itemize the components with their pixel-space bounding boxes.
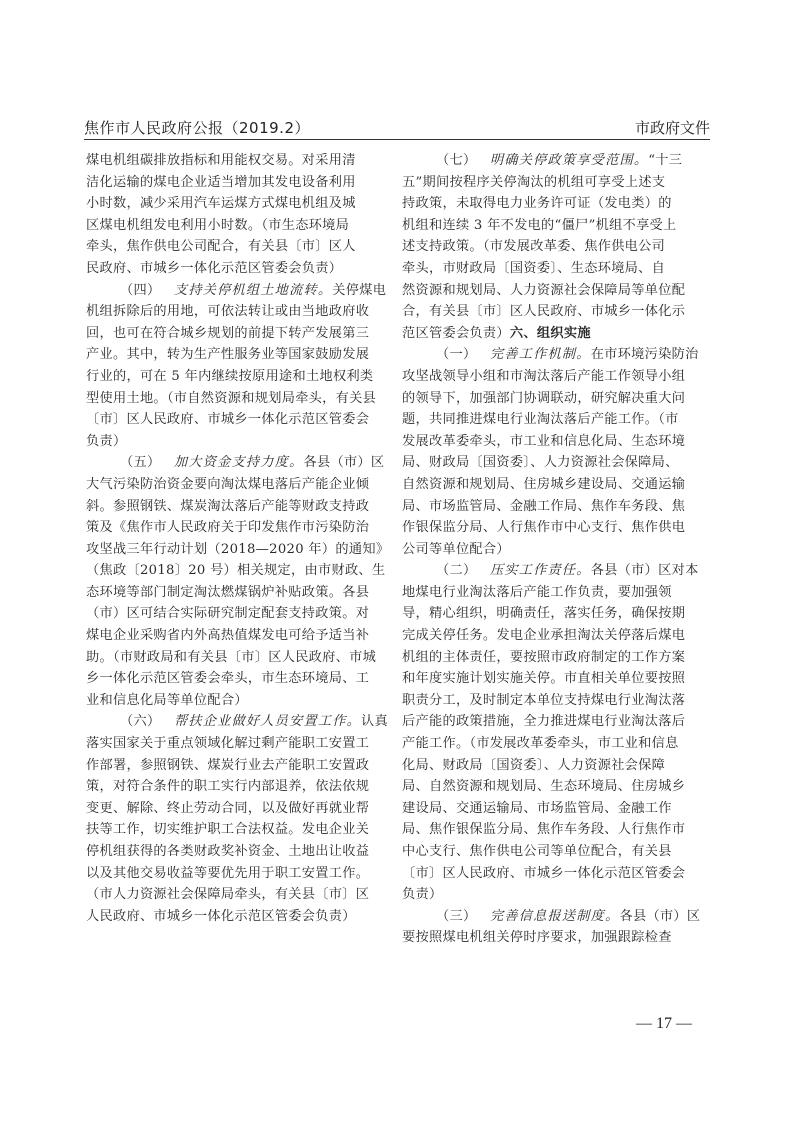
body-text: 煤电企业采购省内外高热值煤发电可给予适当补 [86, 628, 369, 643]
body-text: 建设局、交通运输局、市场监管局、金融工作 [402, 801, 672, 816]
body-text: 区煤电机组发电利用小时数。（市生态环境局 [86, 218, 349, 233]
body-text: 民政府、市城乡一体化示范区管委会负责） [86, 261, 342, 276]
text-line: 后产能的政策措施，全力推进煤电行业淘汰落后 [402, 711, 708, 733]
body-text: 然资源和规划局、人力资源社会保障局等单位配 [402, 283, 685, 298]
body-text: 后产能的政策措施，全力推进煤电行业淘汰落后 [402, 714, 685, 729]
body-text: “十三 [648, 153, 682, 168]
section-number: （四） [120, 283, 160, 298]
text-line: 地煤电行业淘汰落后产能工作负责，要加强领 [402, 582, 708, 604]
text-line: 建设局、交通运输局、市场监管局、金融工作 [402, 798, 708, 820]
body-text: 扶等工作，切实维护职工合法权益。发电企业关 [86, 822, 369, 837]
text-line: （市）区可结合实际研究制定配套支持政策。对 [86, 603, 392, 625]
text-line: 公司等单位配合） [402, 539, 708, 561]
section-heading-line: （一） 完善工作机制。在市环境污染防治 [402, 344, 708, 366]
section-heading-line: （六） 帮扶企业做好人员安置工作。认真 [86, 711, 392, 733]
right-column: （七） 明确关停政策享受范围。“十三五”期间按程序关停淘汰的机组可享受上述支持政… [402, 150, 708, 949]
section-heading: 压实工作责任。 [490, 563, 591, 578]
body-text: 自然资源和规划局、住房城乡建设局、交通运输 [402, 477, 685, 492]
body-text: 局、财政局〔国资委〕、人力资源社会保障局、 [402, 455, 679, 470]
body-text: （焦政〔2018〕20 号）相关规定，由市财政、生 [86, 563, 385, 578]
body-text: 产业。其中，转为生产性服务业等国家鼓励发展 [86, 347, 369, 362]
body-text: 范区管委会负责） [402, 326, 510, 341]
text-line: 〔市〕区人民政府、市城乡一体化示范区管委会 [402, 863, 708, 885]
text-line: 〔市〕区人民政府、市城乡一体化示范区管委会 [86, 409, 392, 431]
body-text: 地煤电行业淘汰落后产能工作负责，要加强领 [402, 585, 672, 600]
text-line: 产能工作。（市发展改革委牵头，市工业和信息 [402, 733, 708, 755]
text-line: 变更、解除、终止劳动合同，以及做好再就业帮 [86, 798, 392, 820]
text-line: 牵头，焦作供电公司配合，有关县〔市〕区人 [86, 236, 392, 258]
body-text: 机组的主体责任，要按照市政府制定的工作方案 [402, 650, 685, 665]
text-line: 区煤电机组发电利用小时数。（市生态环境局 [86, 215, 392, 237]
text-line: 题，共同推进煤电行业淘汰落后产能工作。（市 [402, 409, 708, 431]
text-line: 人民政府、市城乡一体化示范区管委会负责） [86, 906, 392, 928]
text-line: 煤电企业采购省内外高热值煤发电可给予适当补 [86, 625, 392, 647]
section-heading: 明确关停政策享受范围。 [490, 153, 648, 168]
text-line: 扶等工作，切实维护职工合法权益。发电企业关 [86, 819, 392, 841]
body-text: 洁化运输的煤电企业适当增加其发电设备利用 [86, 175, 356, 190]
body-text: 各县（市）区对本 [591, 563, 699, 578]
body-text: 关停煤电 [332, 283, 386, 298]
text-line: 机组和连续 3 年不发电的“僵尸”机组不享受上 [402, 215, 708, 237]
text-line: 完成关停任务。发电企业承担淘汰关停落后煤电 [402, 625, 708, 647]
section-heading: 完善工作机制。 [490, 347, 591, 362]
body-text: （市）区可结合实际研究制定配套支持政策。对 [86, 606, 369, 621]
body-text: 发展改革委牵头，市工业和信息化局、生态环境 [402, 434, 685, 449]
body-text: 攻坚战三年行动计划（2018—2020 年）的通知》 [86, 542, 389, 557]
body-text: 合，有关县〔市〕区人民政府、市城乡一体化示 [402, 304, 685, 319]
body-text: 机组拆除后的用地，可依法转让或由当地政府收 [86, 304, 369, 319]
running-header: 焦作市人民政府公报（2019.2） 市政府文件 [84, 117, 710, 140]
body-text: 公司等单位配合） [402, 542, 510, 557]
text-line: 牵头，市财政局〔国资委〕、生态环境局、自 [402, 258, 708, 280]
text-line: 发展改革委牵头，市工业和信息化局、生态环境 [402, 431, 708, 453]
chapter-heading: 六、组织实施 [510, 326, 591, 341]
text-line: 攻坚战三年行动计划（2018—2020 年）的通知》 [86, 539, 392, 561]
body-text: 〔市〕区人民政府、市城乡一体化示范区管委会 [86, 412, 369, 427]
body-text: 煤电机组碳排放指标和用能权交易。对采用清 [86, 153, 356, 168]
text-line: 回，也可在符合城乡规划的前提下转产发展第三 [86, 323, 392, 345]
body-text: 型使用土地。（市自然资源和规划局牵头，有关县 [86, 391, 376, 406]
text-line: 以及其他交易收益等要优先用于职工安置工作。 [86, 863, 392, 885]
text-line: 自然资源和规划局、住房城乡建设局、交通运输 [402, 474, 708, 496]
body-text: 导，精心组织，明确责任，落实任务，确保按期 [402, 606, 685, 621]
body-text: 完成关停任务。发电企业承担淘汰关停落后煤电 [402, 628, 685, 643]
text-line: 行业的，可在 5 年内继续按原用途和土地权利类 [86, 366, 392, 388]
body-text: 策，对符合条件的职工实行内部退养，依法依规 [86, 779, 369, 794]
body-text: 职责分工，及时制定本单位支持煤电行业淘汰落 [402, 693, 685, 708]
body-text: 行业的，可在 5 年内继续按原用途和土地权利类 [86, 369, 373, 384]
section-heading: 帮扶企业做好人员安置工作。 [174, 714, 361, 729]
body-text: 停机组获得的各类财政奖补资金、土地出让收益 [86, 844, 369, 859]
body-text: 作部署，参照钢铁、煤炭行业去产能职工安置政 [86, 758, 369, 773]
text-line: 乡一体化示范区管委会牵头，市生态环境局、工 [86, 668, 392, 690]
body-text: 在市环境污染防治 [591, 347, 699, 362]
body-text: 斜。参照钢铁、煤炭淘汰落后产能等财政支持政 [86, 499, 369, 514]
body-text: 中心支行、焦作供电公司等单位配合，有关县 [402, 844, 672, 859]
section-heading-line: （四） 支持关停机组土地流转。关停煤电 [86, 280, 392, 302]
body-text: 局、市场监管局、金融工作局、焦作车务段、焦 [402, 499, 685, 514]
text-line: 述支持政策。（市发展改革委、焦作供电公司 [402, 236, 708, 258]
section-heading: 加大资金支持力度。 [174, 455, 304, 470]
body-text: 局、自然资源和规划局、生态环境局、住房城乡 [402, 779, 685, 794]
section-heading-line: （七） 明确关停政策享受范围。“十三 [402, 150, 708, 172]
text-line: 产业。其中，转为生产性服务业等国家鼓励发展 [86, 344, 392, 366]
text-line: 作部署，参照钢铁、煤炭行业去产能职工安置政 [86, 755, 392, 777]
body-text: 题，共同推进煤电行业淘汰落后产能工作。（市 [402, 412, 679, 427]
body-text: 变更、解除、终止劳动合同，以及做好再就业帮 [86, 801, 369, 816]
body-text: 负责） [402, 887, 442, 902]
publication-title: 焦作市人民政府公报（2019.2） [84, 117, 310, 138]
body-text: 攻坚战领导小组和市淘汰落后产能工作领导小组 [402, 369, 685, 384]
text-line: 合，有关县〔市〕区人民政府、市城乡一体化示 [402, 301, 708, 323]
text-line: 负责） [86, 431, 392, 453]
text-line: 斜。参照钢铁、煤炭淘汰落后产能等财政支持政 [86, 496, 392, 518]
body-text: 牵头，市财政局〔国资委〕、生态环境局、自 [402, 261, 665, 276]
text-line: 局、市场监管局、金融工作局、焦作车务段、焦 [402, 496, 708, 518]
text-line: 导，精心组织，明确责任，落实任务，确保按期 [402, 603, 708, 625]
text-line: 职责分工，及时制定本单位支持煤电行业淘汰落 [402, 690, 708, 712]
body-text: 要按照煤电机组关停时序要求，加强跟踪检查 [402, 930, 672, 945]
text-line: 局、焦作银保监分局、焦作车务段、人行焦作市 [402, 819, 708, 841]
body-text: 业和信息化局等单位配合） [86, 693, 248, 708]
section-number: （六） [120, 714, 160, 729]
text-line: 策及《焦作市人民政府关于印发焦作市污染防治 [86, 517, 392, 539]
body-text: （市人力资源社会保障局牵头，有关县〔市〕区 [86, 887, 369, 902]
text-line: 煤电机组碳排放指标和用能权交易。对采用清 [86, 150, 392, 172]
body-text: 的领导下，加强部门协调联动，研究解决重大问 [402, 391, 685, 406]
text-line: 业和信息化局等单位配合） [86, 690, 392, 712]
body-text: 持政策，未取得电力业务许可证（发电类）的 [402, 196, 672, 211]
body-text: 五”期间按程序关停淘汰的机组可享受上述支 [402, 175, 665, 190]
text-line: 洁化运输的煤电企业适当增加其发电设备利用 [86, 172, 392, 194]
body-text: 〔市〕区人民政府、市城乡一体化示范区管委会 [402, 866, 685, 881]
text-line: 小时数，减少采用汽车运煤方式煤电机组及城 [86, 193, 392, 215]
text-line: 持政策，未取得电力业务许可证（发电类）的 [402, 193, 708, 215]
body-text: 以及其他交易收益等要优先用于职工安置工作。 [86, 866, 369, 881]
section-number: （二） [436, 563, 476, 578]
text-line: 范区管委会负责）六、组织实施 [402, 323, 708, 345]
text-line: （市人力资源社会保障局牵头，有关县〔市〕区 [86, 884, 392, 906]
text-line: 然资源和规划局、人力资源社会保障局等单位配 [402, 280, 708, 302]
section-heading-line: （二） 压实工作责任。各县（市）区对本 [402, 560, 708, 582]
body-text: 态环境等部门制定淘汰燃煤锅炉补贴政策。各县 [86, 585, 369, 600]
body-text: 策及《焦作市人民政府关于印发焦作市污染防治 [86, 520, 369, 535]
body-text: 负责） [86, 434, 126, 449]
text-line: 机组的主体责任，要按照市政府制定的工作方案 [402, 647, 708, 669]
text-line: 民政府、市城乡一体化示范区管委会负责） [86, 258, 392, 280]
section-number: （三） [436, 909, 476, 924]
body-text: 局、焦作银保监分局、焦作车务段、人行焦作市 [402, 822, 685, 837]
section-heading-line: （五） 加大资金支持力度。各县（市）区 [86, 452, 392, 474]
body-text: 认真 [361, 714, 388, 729]
body-text: 助。（市财政局和有关县〔市〕区人民政府、市城 [86, 650, 376, 665]
section-number: （一） [436, 347, 476, 362]
body-text: 小时数，减少采用汽车运煤方式煤电机组及城 [86, 196, 356, 211]
body-text: 落实国家关于重点领域化解过剩产能职工安置工 [86, 736, 369, 751]
text-line: 负责） [402, 884, 708, 906]
section-label: 市政府文件 [635, 117, 710, 138]
body-text: 各县（市）区 [303, 455, 384, 470]
text-line: 的领导下，加强部门协调联动，研究解决重大问 [402, 388, 708, 410]
text-line: 策，对符合条件的职工实行内部退养，依法依规 [86, 776, 392, 798]
body-text: 大气污染防治资金要向淘汰煤电落后产能企业倾 [86, 477, 369, 492]
text-line: 大气污染防治资金要向淘汰煤电落后产能企业倾 [86, 474, 392, 496]
text-line: 要按照煤电机组关停时序要求，加强跟踪检查 [402, 927, 708, 949]
body-text: 机组和连续 3 年不发电的“僵尸”机组不享受上 [402, 218, 677, 233]
body-text: 述支持政策。（市发展改革委、焦作供电公司 [402, 239, 665, 254]
page-number: — 17 — [636, 1015, 692, 1033]
section-number: （七） [436, 153, 476, 168]
text-line: 和年度实施计划实施关停。市直相关单位要按照 [402, 668, 708, 690]
body-text: 和年度实施计划实施关停。市直相关单位要按照 [402, 671, 685, 686]
text-line: 局、自然资源和规划局、生态环境局、住房城乡 [402, 776, 708, 798]
section-heading-line: （三） 完善信息报送制度。各县（市）区 [402, 906, 708, 928]
body-text: 产能工作。（市发展改革委牵头，市工业和信息 [402, 736, 679, 751]
text-line: 落实国家关于重点领域化解过剩产能职工安置工 [86, 733, 392, 755]
text-line: 助。（市财政局和有关县〔市〕区人民政府、市城 [86, 647, 392, 669]
text-line: 化局、财政局〔国资委〕、人力资源社会保障 [402, 755, 708, 777]
text-line: 型使用土地。（市自然资源和规划局牵头，有关县 [86, 388, 392, 410]
text-line: 作银保监分局、人行焦作市中心支行、焦作供电 [402, 517, 708, 539]
text-line: 停机组获得的各类财政奖补资金、土地出让收益 [86, 841, 392, 863]
text-line: （焦政〔2018〕20 号）相关规定，由市财政、生 [86, 560, 392, 582]
body-text: 牵头，焦作供电公司配合，有关县〔市〕区人 [86, 239, 356, 254]
text-line: 局、财政局〔国资委〕、人力资源社会保障局、 [402, 452, 708, 474]
left-column: 煤电机组碳排放指标和用能权交易。对采用清洁化运输的煤电企业适当增加其发电设备利用… [86, 150, 392, 927]
section-heading: 支持关停机组土地流转。 [174, 283, 332, 298]
text-line: 中心支行、焦作供电公司等单位配合，有关县 [402, 841, 708, 863]
body-text: 乡一体化示范区管委会牵头，市生态环境局、工 [86, 671, 369, 686]
text-line: 攻坚战领导小组和市淘汰落后产能工作领导小组 [402, 366, 708, 388]
body-text: 人民政府、市城乡一体化示范区管委会负责） [86, 909, 356, 924]
text-line: 五”期间按程序关停淘汰的机组可享受上述支 [402, 172, 708, 194]
section-heading: 完善信息报送制度。 [490, 909, 620, 924]
body-text: 回，也可在符合城乡规划的前提下转产发展第三 [86, 326, 369, 341]
body-text: 各县（市）区 [619, 909, 700, 924]
body-text: 化局、财政局〔国资委〕、人力资源社会保障 [402, 758, 665, 773]
section-number: （五） [120, 455, 160, 470]
body-text: 作银保监分局、人行焦作市中心支行、焦作供电 [402, 520, 685, 535]
text-line: 态环境等部门制定淘汰燃煤锅炉补贴政策。各县 [86, 582, 392, 604]
text-line: 机组拆除后的用地，可依法转让或由当地政府收 [86, 301, 392, 323]
